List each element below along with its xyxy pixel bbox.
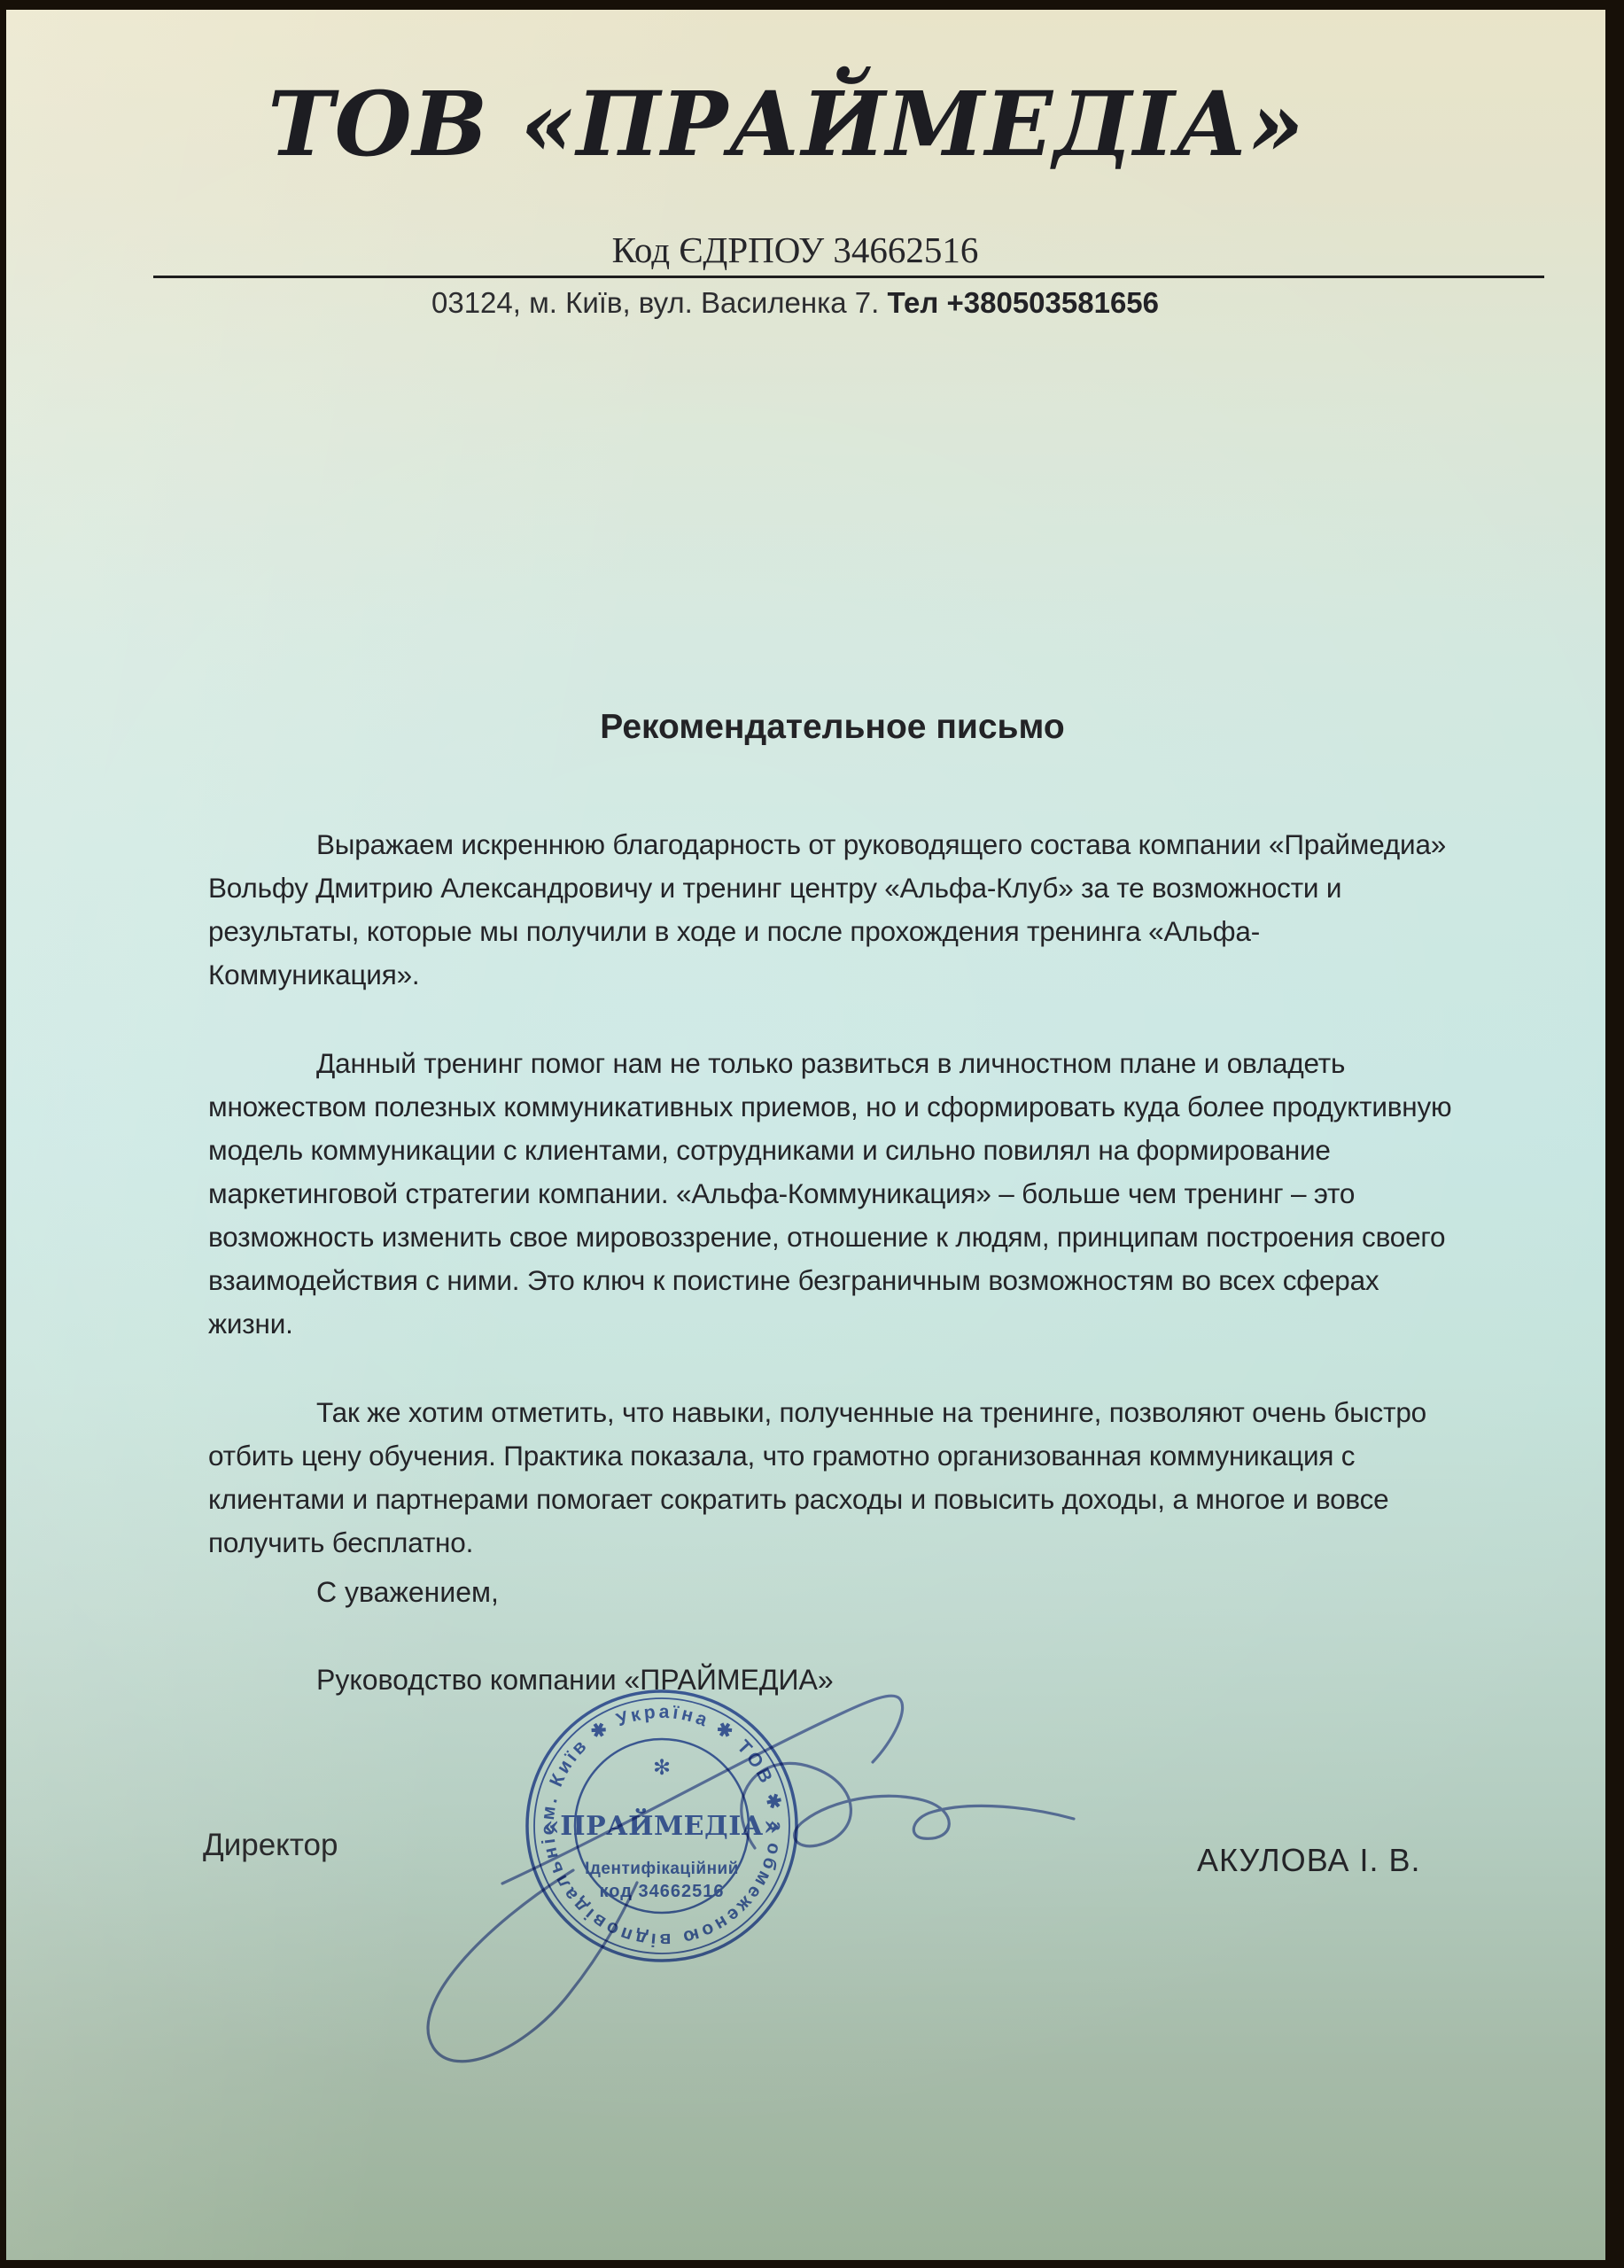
address-line: 03124, м. Київ, вул. Василенка 7. Тел +3…: [0, 286, 1595, 320]
letter-body: Выражаем искреннюю благодарность от руко…: [208, 823, 1470, 1610]
edrpou-code-line: Код ЄДРПОУ 34662516: [0, 229, 1595, 271]
closing-line: С уважением,: [316, 1576, 499, 1609]
signature-stroke-tail: [742, 1763, 1074, 1848]
company-title: ТОВ «ПРАЙМЕДІА»: [0, 75, 1586, 173]
photo-of-letter: ТОВ «ПРАЙМЕДІА» Код ЄДРПОУ 34662516 0312…: [0, 0, 1624, 2268]
address-text: 03124, м. Київ, вул. Василенка 7.: [431, 286, 879, 319]
header-divider: [153, 276, 1544, 278]
paragraph-2: Данный тренинг помог нам не только разви…: [208, 1042, 1470, 1346]
paragraph-1: Выражаем искреннюю благодарность от руко…: [208, 823, 1470, 997]
signer-name: АКУЛОВА І. В.: [1197, 1842, 1421, 1879]
paragraph-3: Так же хотим отметить, что навыки, получ…: [208, 1391, 1470, 1565]
signature-stroke-loop: [428, 1870, 637, 2062]
phone-text: Тел +380503581656: [888, 286, 1160, 319]
letter-paper: ТОВ «ПРАЙМЕДІА» Код ЄДРПОУ 34662516 0312…: [6, 10, 1605, 2260]
letter-title: Рекомендательное письмо: [33, 708, 1624, 747]
signer-role: Директор: [203, 1828, 338, 1863]
handwritten-signature: [387, 1649, 1123, 2101]
